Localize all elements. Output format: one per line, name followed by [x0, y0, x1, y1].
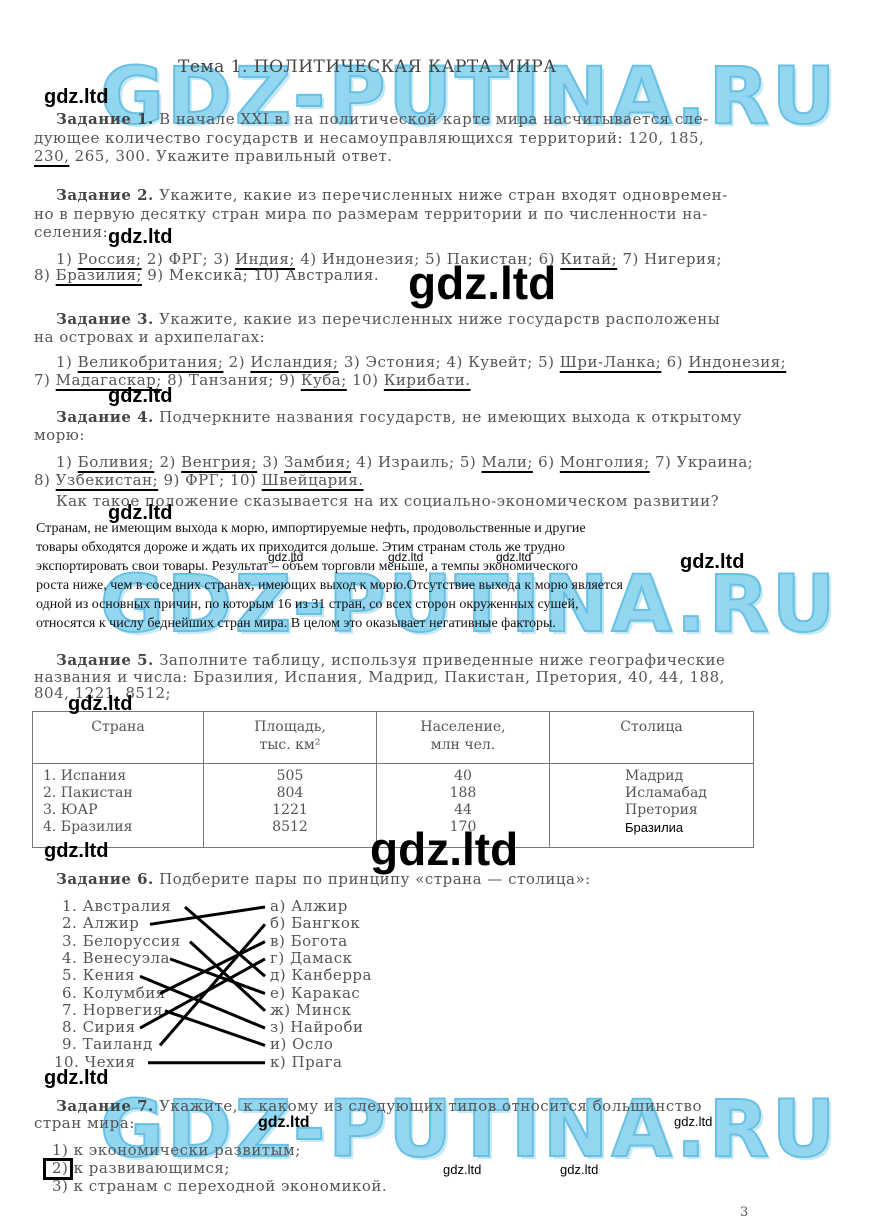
watermark-large: gdz.ltd: [408, 256, 556, 310]
task7-text: Укажите, к какому из следующих типов отн…: [159, 1097, 702, 1115]
watermark-tiny: gdz.ltd: [268, 550, 303, 564]
task7-line1: Задание 7. Укажите, к какому из следующи…: [56, 1097, 702, 1115]
watermark-small: gdz.ltd: [108, 385, 172, 408]
task7-option: 2) к развивающимся;: [52, 1159, 230, 1177]
watermark-small: gdz.ltd: [680, 551, 744, 574]
watermark-tiny: gdz.ltd: [560, 1162, 598, 1177]
task7-option: 1) к экономически развитым;: [52, 1141, 301, 1159]
watermark-large: gdz.ltd: [370, 822, 518, 876]
page-number: 3: [740, 1205, 749, 1220]
watermark-small: gdz.ltd: [44, 86, 108, 109]
watermark-tiny: gdz.ltd: [496, 550, 531, 564]
task7-option: 3) к странам с переходной экономикой.: [52, 1177, 387, 1195]
match-line: [140, 976, 265, 1028]
task6-matching-lines: [0, 0, 889, 1226]
task7-label: Задание 7.: [56, 1097, 154, 1115]
watermark-small: gdz.ltd: [258, 1114, 310, 1132]
match-line: [150, 907, 265, 924]
watermark-small: gdz.ltd: [108, 502, 172, 525]
watermark-small: gdz.ltd: [108, 226, 172, 249]
task7-line2: стран мира:: [34, 1114, 135, 1132]
watermark-tiny: gdz.ltd: [674, 1114, 712, 1129]
watermark-tiny: gdz.ltd: [388, 550, 423, 564]
watermark-small: gdz.ltd: [44, 1067, 108, 1090]
watermark-small: gdz.ltd: [44, 840, 108, 863]
textbook-page: GDZ-PUTINA.RU GDZ-PUTINA.RU GDZ-PUTINA.R…: [0, 0, 889, 1226]
watermark-tiny: gdz.ltd: [443, 1162, 481, 1177]
match-line: [165, 1011, 265, 1046]
watermark-small: gdz.ltd: [68, 693, 132, 716]
